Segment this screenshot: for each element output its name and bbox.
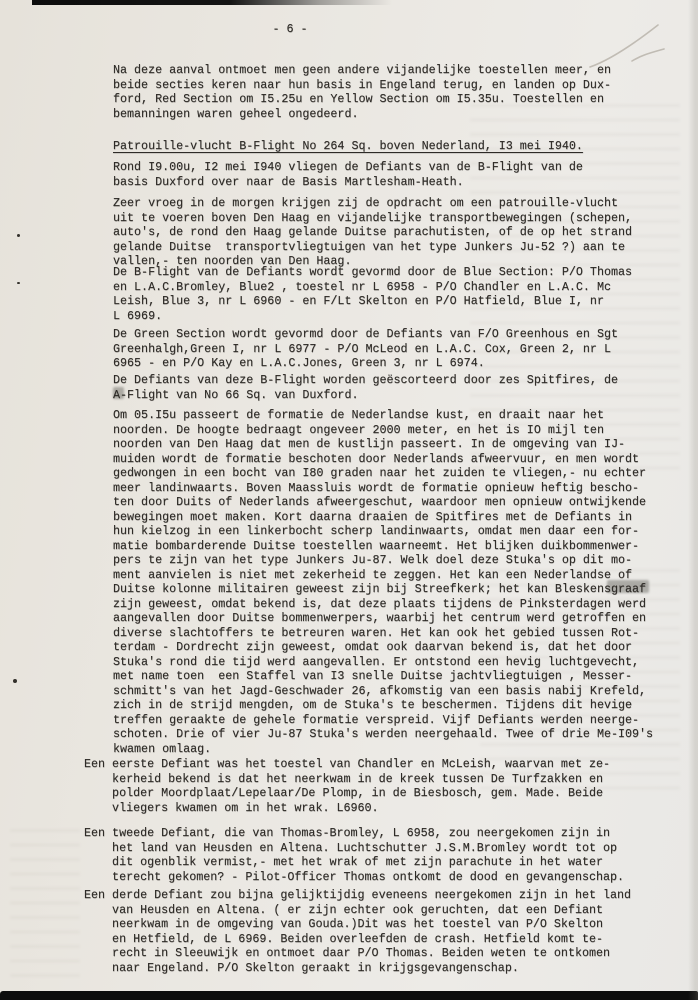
page-edge-shadow bbox=[688, 0, 698, 1000]
section-heading: Patrouille-vlucht B-Flight No 264 Sq. bo… bbox=[113, 139, 583, 154]
paragraph-green-section: De Green Section wordt gevormd door de D… bbox=[113, 327, 618, 371]
page-number: - 6 - bbox=[0, 22, 580, 37]
scan-edge-bar-bottom bbox=[0, 991, 698, 1000]
scan-edge-bar-top bbox=[32, 0, 392, 5]
paragraph-defiant-first: Een eerste Defiant was het toestel van C… bbox=[84, 757, 610, 815]
paragraph-defiant-second: Een tweede Defiant, die van Thomas-Broml… bbox=[84, 826, 624, 884]
paragraph-blue-section: De B-Flight van de Defiants wordt gevorm… bbox=[113, 265, 632, 323]
paragraph-defiant-third: Een derde Defiant zou bijna gelijktijdig… bbox=[84, 888, 631, 975]
paragraph-transfer: Rond I9.00u, I2 mei I940 vliegen de Defi… bbox=[113, 160, 583, 189]
paragraph-escort: De Defiants van deze B-Flight worden geë… bbox=[113, 373, 618, 402]
margin-ink-dot bbox=[17, 282, 20, 284]
paragraph-orders: Zeer vroeg in de morgen krijgen zij de o… bbox=[113, 196, 632, 269]
paragraph-intro: Na deze aanval ontmoet men geen andere v… bbox=[113, 63, 611, 121]
paragraph-battle: Om 05.I5u passeert de formatie de Nederl… bbox=[113, 408, 653, 756]
scanned-typewritten-page: - 6 - Na deze aanval ontmoet men geen an… bbox=[0, 0, 698, 1000]
margin-ink-dot bbox=[17, 234, 20, 237]
bleedthrough-texture bbox=[10, 820, 80, 980]
margin-ink-dot bbox=[13, 679, 17, 683]
